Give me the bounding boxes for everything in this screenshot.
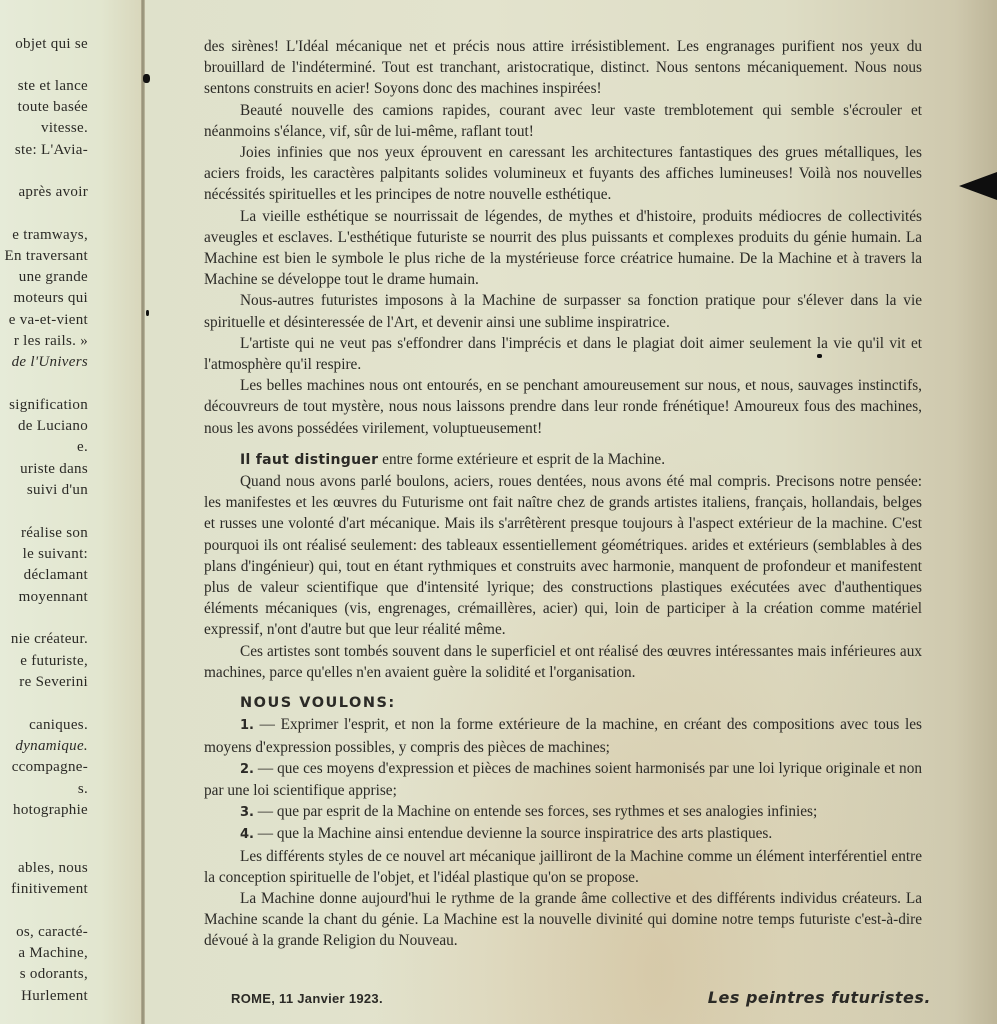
left-page-line: suivi d'un [27, 482, 88, 499]
demand-text: — que la Machine ainsi entendue devienne… [254, 825, 772, 842]
left-page-line: de Luciano [18, 418, 88, 435]
demand-number: 1. [240, 718, 254, 733]
demand-item: 1. — Exprimer l'esprit, et non la forme … [204, 714, 922, 757]
paragraph: Nous-autres futuristes imposons à la Mac… [204, 290, 922, 332]
left-page-line: Hurlement [21, 988, 88, 1005]
left-page-line: r les rails. » [14, 333, 88, 350]
paragraph: Beauté nouvelle des camions rapides, cou… [204, 100, 922, 142]
left-page-line: le suivant: [23, 546, 88, 563]
paragraph: Ces artistes sont tombés souvent dans le… [204, 641, 922, 683]
left-page-line: En traversant [5, 248, 88, 265]
demand-number: 2. [240, 762, 254, 777]
demand-number: 3. [240, 805, 254, 820]
left-page-line: dynamique. [15, 738, 88, 755]
demand-text: — que par esprit de la Machine on entend… [254, 803, 817, 820]
left-page-line: caniques. [29, 717, 88, 734]
left-page-line: objet qui se [15, 36, 88, 53]
ink-blot-mark [146, 310, 149, 316]
demand-item: 4. — que la Machine ainsi entendue devie… [204, 823, 922, 845]
manifesto-footer: ROME, 11 Janvier 1923. Les peintres futu… [231, 988, 931, 1007]
left-page-line: nie créateur. [11, 631, 88, 648]
left-page-line: toute basée [18, 99, 88, 116]
left-page-line: e tramways, [12, 227, 88, 244]
left-page-line: e va-et-vient [9, 312, 88, 329]
left-page-line: après avoir [18, 184, 88, 201]
demand-text: — que ces moyens d'expression et pièces … [204, 760, 922, 799]
left-page-line: réalise son [21, 525, 88, 542]
demand-text: — Exprimer l'esprit, et non la forme ext… [204, 716, 922, 755]
left-page-line: uriste dans [20, 461, 88, 478]
demand-item: 2. — que ces moyens d'expression et pièc… [204, 758, 922, 801]
left-page-line: vitesse. [41, 120, 88, 137]
ink-blot-mark [143, 74, 150, 83]
left-page-line: signification [9, 397, 88, 414]
paragraph: Quand nous avons parlé boulons, aciers, … [204, 471, 922, 641]
left-page-line: s. [78, 781, 88, 798]
left-page-line: os, caracté- [16, 924, 88, 941]
main-page: des sirènes! L'Idéal mécanique net et pr… [145, 0, 997, 1024]
left-page-line: hotographie [13, 802, 88, 819]
left-page-line: ste: L'Avia- [15, 142, 88, 159]
paragraph: Les différents styles de ce nouvel art m… [204, 846, 922, 888]
left-page-line: ables, nous [18, 860, 88, 877]
paragraph: La Machine donne aujourd'hui le rythme d… [204, 888, 922, 952]
left-page-line: déclamant [24, 567, 88, 584]
left-page-line: a Machine, [18, 945, 88, 962]
left-page-line: re Severini [19, 674, 88, 691]
demand-item: 3. — que par esprit de la Machine on ent… [204, 801, 922, 823]
bold-lead-text: Il faut distinguer [240, 452, 378, 468]
left-page-line: e. [77, 439, 88, 456]
demand-number: 4. [240, 827, 254, 842]
black-corner-mark [959, 172, 997, 200]
left-page-line: moteurs qui [13, 290, 88, 307]
paragraph: Les belles machines nous ont entourés, e… [204, 375, 922, 439]
left-page-line: moyennant [19, 589, 88, 606]
left-page-line: une grande [19, 269, 88, 286]
signature: Les peintres futuristes. [708, 988, 931, 1007]
section-heading: NOUS VOULONS: [204, 693, 922, 714]
left-page-line: ste et lance [18, 78, 88, 95]
left-page-fragment: objet qui seste et lancetoute baséevites… [0, 0, 143, 1024]
left-page-line: ccompagne- [12, 759, 88, 776]
paragraph: Joies infinies que nos yeux éprouvent en… [204, 142, 922, 206]
place-date: ROME, 11 Janvier 1923. [231, 991, 383, 1006]
distinguish-rest: entre forme extérieure et esprit de la M… [378, 451, 665, 468]
manifesto-text: des sirènes! L'Idéal mécanique net et pr… [204, 36, 922, 952]
left-page-line: de l'Univers [12, 354, 88, 371]
left-page-line: s odorants, [20, 966, 88, 983]
paragraph: des sirènes! L'Idéal mécanique net et pr… [204, 36, 922, 100]
paragraph: La vieille esthétique se nourrissait de … [204, 206, 922, 291]
left-page-line: finitivement [11, 881, 88, 898]
left-page-line: e futuriste, [20, 653, 88, 670]
paragraph: L'artiste qui ne veut pas s'effondrer da… [204, 333, 922, 375]
distinguish-paragraph: Il faut distinguer entre forme extérieur… [204, 449, 922, 471]
